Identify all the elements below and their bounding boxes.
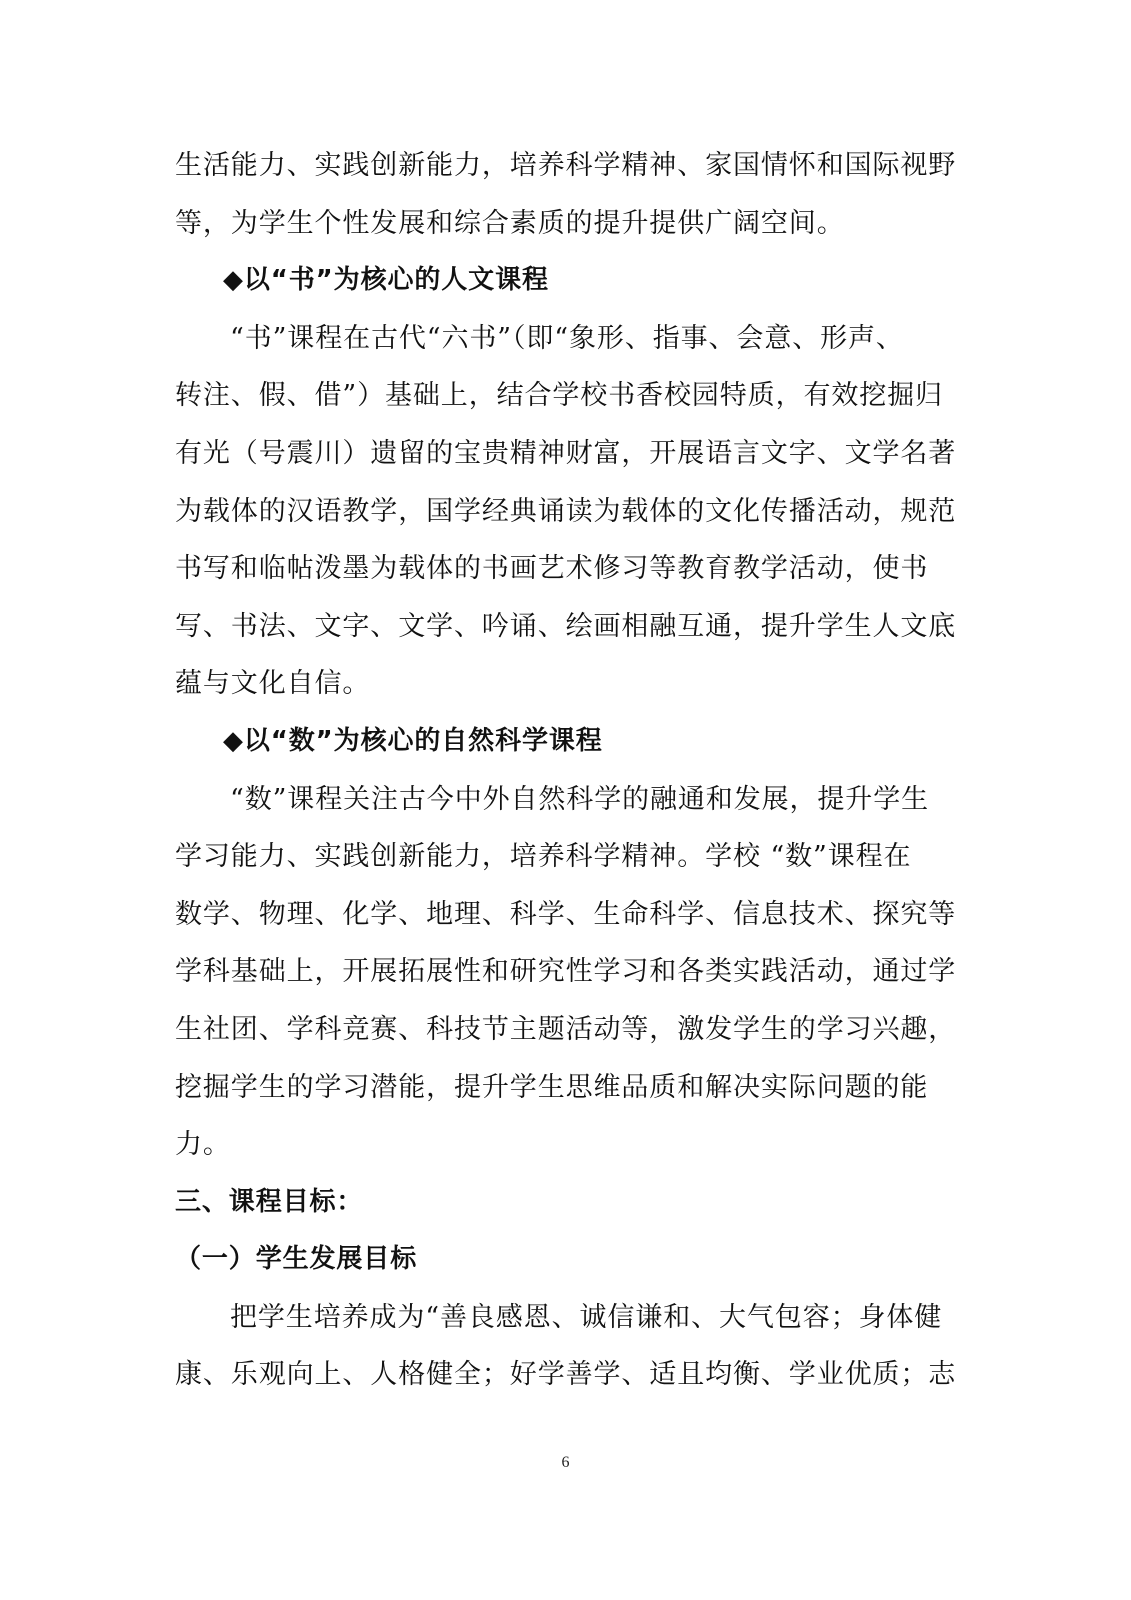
body-line: 数学、物理、化学、地理、科学、生命科学、信息技术、探究等 bbox=[175, 886, 960, 944]
document-body: 生活能力、实践创新能力，培养科学精神、家国情怀和国际视野 等，为学生个性发展和综… bbox=[175, 137, 960, 1404]
body-line: 书写和临帖泼墨为载体的书画艺术修习等教育教学活动，使书 bbox=[175, 540, 960, 598]
body-line: 生社团、学科竞赛、科技节主题活动等，激发学生的学习兴趣， bbox=[175, 1001, 960, 1059]
body-line: 力。 bbox=[175, 1116, 960, 1174]
body-line: 学科基础上，开展拓展性和研究性学习和各类实践活动，通过学 bbox=[175, 943, 960, 1001]
body-line: 写、书法、文字、文学、吟诵、绘画相融互通，提升学生人文底 bbox=[175, 598, 960, 656]
body-line: 学习能力、实践创新能力，培养科学精神。学校 “数”课程在 bbox=[175, 828, 960, 886]
section-heading-humanities: ◆以“书”为核心的人文课程 bbox=[175, 252, 960, 310]
body-line: 生活能力、实践创新能力，培养科学精神、家国情怀和国际视野 bbox=[175, 137, 960, 195]
body-line: 有光（号震川）遗留的宝贵精神财富，开展语言文字、文学名著 bbox=[175, 425, 960, 483]
subheading-student-goals: （一）学生发展目标 bbox=[175, 1231, 960, 1289]
body-line: 蕴与文化自信。 bbox=[175, 655, 960, 713]
body-line: 把学生培养成为“善良感恩、诚信谦和、大气包容；身体健 bbox=[175, 1289, 960, 1347]
page-number: 6 bbox=[0, 1454, 1131, 1472]
body-line: 等，为学生个性发展和综合素质的提升提供广阔空间。 bbox=[175, 195, 960, 253]
body-line: 康、乐观向上、人格健全；好学善学、适且均衡、学业优质；志 bbox=[175, 1346, 960, 1404]
body-line: 转注、假、借”）基础上，结合学校书香校园特质，有效挖掘归 bbox=[175, 367, 960, 425]
body-line: “书”课程在古代“六书”（即“象形、指事、会意、形声、 bbox=[175, 310, 960, 368]
document-page: 生活能力、实践创新能力，培养科学精神、家国情怀和国际视野 等，为学生个性发展和综… bbox=[0, 0, 1131, 1600]
body-line: 为载体的汉语教学，国学经典诵读为载体的文化传播活动，规范 bbox=[175, 483, 960, 541]
section-heading-science: ◆以“数”为核心的自然科学课程 bbox=[175, 713, 960, 771]
body-line: 挖掘学生的学习潜能，提升学生思维品质和解决实际问题的能 bbox=[175, 1059, 960, 1117]
body-line: “数”课程关注古今中外自然科学的融通和发展，提升学生 bbox=[175, 771, 960, 829]
chapter-heading-course-goals: 三、课程目标： bbox=[175, 1174, 960, 1232]
